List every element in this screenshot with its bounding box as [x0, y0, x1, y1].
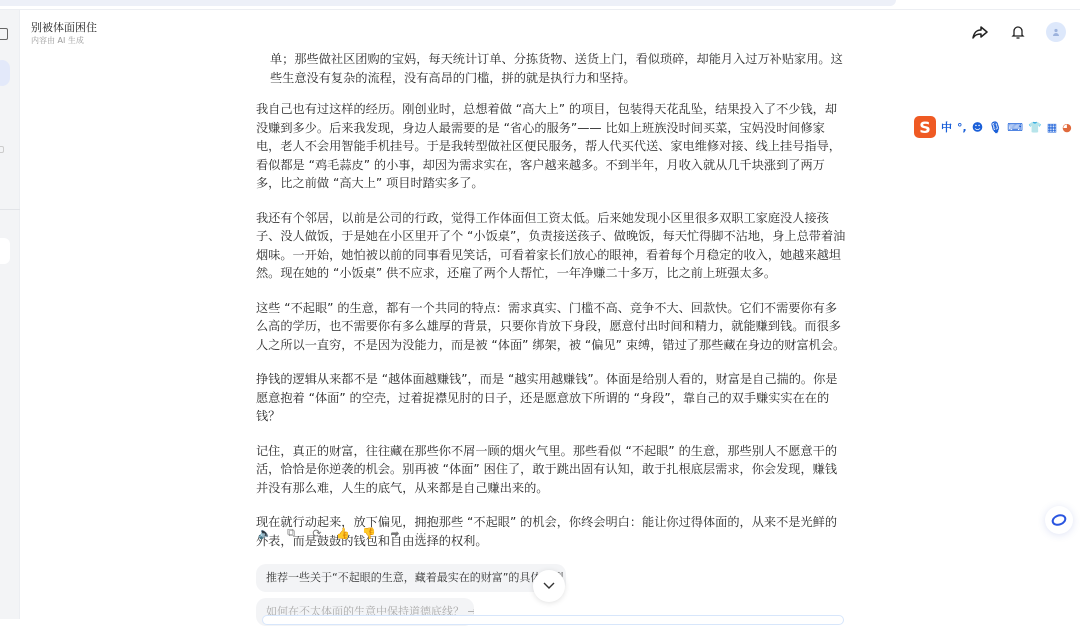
floating-assistant-button[interactable] — [1045, 506, 1073, 534]
ai-generated-note: 内容由 AI 生成 — [31, 35, 84, 46]
copy-icon[interactable]: ⧉ — [284, 526, 298, 540]
sidebar-new-chat-button[interactable] — [0, 60, 10, 86]
sidebar-toggle-icon[interactable] — [0, 28, 8, 40]
sidebar — [0, 10, 20, 619]
avatar[interactable] — [1046, 22, 1066, 42]
browser-top-strip — [0, 0, 1080, 10]
thumbs-down-icon[interactable]: 👎 — [362, 526, 376, 540]
share-button[interactable] — [970, 22, 990, 42]
paragraph: 记住，真正的财富，往往藏在那些你不屑一顾的烟火气里。那些看似 “不起眼” 的生意… — [256, 442, 846, 498]
chevron-down-icon — [543, 582, 555, 590]
suggestion-chip[interactable]: 推荐一些关于“不起眼的生意，藏着最实在的财富”的具体案例 — [256, 564, 566, 592]
microphone-icon[interactable]: 🎙 — [988, 121, 1002, 134]
top-search-bar[interactable] — [0, 0, 896, 6]
emoji-icon[interactable]: ☻ — [972, 121, 983, 134]
share-icon — [972, 24, 988, 40]
keyboard-icon[interactable]: ⌨ — [1007, 121, 1023, 134]
thumbs-up-icon[interactable]: 👍 — [336, 526, 350, 540]
article-body: 单；那些做社区团购的宝妈，每天统计订单、分拣货物、送货上门，看似琐碎，却能月入过… — [256, 50, 846, 566]
message-actions: 🔈 ⧉ ⟳ 👍 👎 ➦ ⋯ — [258, 526, 428, 540]
punctuation-toggle[interactable]: °, — [957, 121, 967, 134]
page-title: 别被体面困住 — [31, 19, 97, 35]
mascot-icon[interactable]: ◕ — [1062, 121, 1072, 134]
scroll-to-bottom-button[interactable] — [533, 570, 565, 602]
paragraph: 单；那些做社区团购的宝妈，每天统计订单、分拣货物、送货上门，看似琐碎，却能月入过… — [256, 50, 846, 87]
more-icon[interactable]: ⋯ — [414, 526, 428, 540]
share-icon[interactable]: ➦ — [388, 526, 402, 540]
speaker-icon[interactable]: 🔈 — [258, 526, 272, 540]
paragraph: 这些 “不起眼” 的生意，都有一个共同的特点：需求真实、门槛不高、竞争不大、回款… — [256, 299, 846, 355]
sidebar-item-icon[interactable] — [0, 146, 4, 153]
paragraph: 我自己也有过这样的经历。刚创业时，总想着做 “高大上” 的项目，包装得天花乱坠，… — [256, 100, 846, 193]
apps-icon[interactable]: ▦ — [1047, 121, 1057, 134]
paragraph: 挣钱的逻辑从来都不是 “越体面越赚钱”，而是 “越实用越赚钱”。体面是给别人看的… — [256, 370, 846, 426]
ime-mode-toggle[interactable]: 中 — [941, 119, 952, 135]
chat-input[interactable] — [262, 615, 844, 619]
bell-icon — [1011, 25, 1025, 40]
user-icon — [1052, 28, 1060, 36]
ime-toolbar: S 中 °, ☻ 🎙 ⌨ 👕 ▦ ◕ — [912, 116, 1080, 138]
assistant-ring-icon — [1051, 513, 1067, 527]
notification-button[interactable] — [1008, 22, 1028, 42]
sidebar-history-item[interactable] — [0, 238, 10, 264]
sidebar-divider — [0, 209, 20, 210]
regenerate-icon[interactable]: ⟳ — [310, 526, 324, 540]
sogou-logo-icon[interactable]: S — [914, 116, 936, 138]
paragraph: 我还有个邻居，以前是公司的行政，觉得工作体面但工资太低。后来她发现小区里很多双职… — [256, 209, 846, 283]
skin-icon[interactable]: 👕 — [1028, 121, 1042, 134]
